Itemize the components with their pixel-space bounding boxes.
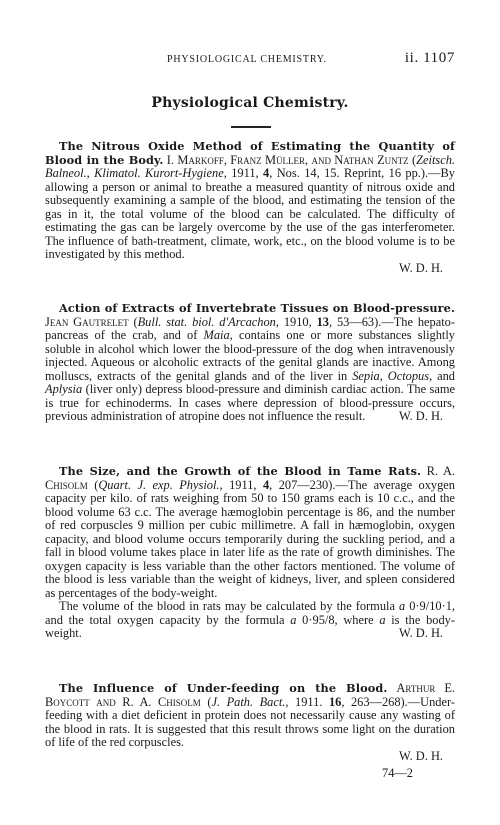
article-paragraph: The Size, and the Growth of the Blood in… xyxy=(45,465,455,600)
genus-name: Sepia xyxy=(352,369,380,383)
journal-volume: 4 xyxy=(263,166,269,180)
separator: , and xyxy=(429,369,455,383)
journal-pages: 207—230 xyxy=(279,478,329,492)
article-invertebrate-extracts: Action of Extracts of Invertebrate Tissu… xyxy=(45,302,455,424)
section-divider xyxy=(231,126,271,128)
article-signature: W. D. H. xyxy=(45,627,455,641)
printer-signature-mark: 74—2 xyxy=(45,767,455,781)
separator: , xyxy=(380,369,388,383)
running-head: PHYSIOLOGICAL CHEMISTRY. ii. 1107 xyxy=(45,50,455,66)
journal-year: 1911. xyxy=(295,695,322,709)
article-body: 0·95/8, where xyxy=(296,613,379,627)
article-body: The volume of the blood in rats may be c… xyxy=(59,599,399,613)
article-title: The Size, and the Growth of the Blood in… xyxy=(59,464,421,478)
journal-volume: 16 xyxy=(329,695,341,709)
journal-pages: Nos. 14, 15. Reprint, 16 pp. xyxy=(277,166,421,180)
journal-name: J. Path. Bact. xyxy=(211,695,285,709)
journal-year: 1911 xyxy=(231,166,255,180)
article-paragraph: The Nitrous Oxide Method of Estimating t… xyxy=(45,140,455,262)
running-head-title: PHYSIOLOGICAL CHEMISTRY. xyxy=(167,54,327,65)
article-underfeeding: The Influence of Under-feeding on the Bl… xyxy=(45,682,455,781)
page-number: ii. 1107 xyxy=(405,50,455,67)
article-body: By allowing a person or animal to breath… xyxy=(45,166,455,261)
article-title: The Influence of Under-feeding on the Bl… xyxy=(59,681,387,695)
article-signature: W. D. H. xyxy=(45,750,455,764)
journal-volume: 4 xyxy=(263,478,269,492)
journal-year: 1910 xyxy=(284,315,309,329)
article-signature: W. D. H. xyxy=(45,262,455,276)
journal-year: 1911 xyxy=(229,478,253,492)
article-authors: I. Markoff, Franz Müller, and Nathan Zun… xyxy=(167,153,409,167)
genus-name: Octopus xyxy=(388,369,429,383)
genus-name: Maia xyxy=(204,328,230,342)
article-nitrous-oxide: The Nitrous Oxide Method of Estimating t… xyxy=(45,140,455,275)
genus-name: Aplysia xyxy=(45,382,82,396)
article-blood-tame-rats: The Size, and the Growth of the Blood in… xyxy=(45,465,455,641)
article-title: Action of Extracts of Invertebrate Tissu… xyxy=(59,301,455,315)
journal-pages: 53—63 xyxy=(337,315,374,329)
journal-volume: 13 xyxy=(317,315,329,329)
article-paragraph: Action of Extracts of Invertebrate Tissu… xyxy=(45,302,455,424)
article-paragraph: The Influence of Under-feeding on the Bl… xyxy=(45,682,455,750)
section-title: Physiological Chemistry. xyxy=(45,95,455,111)
journal-name: Bull. stat. biol. d'Arcachon xyxy=(138,315,276,329)
article-authors: Jean Gautrelet xyxy=(45,315,129,329)
article-body: The average oxygen capacity per kilo. of… xyxy=(45,478,455,600)
journal-name: Quart. J. exp. Physiol. xyxy=(98,478,219,492)
journal-pages: 263—268 xyxy=(351,695,401,709)
